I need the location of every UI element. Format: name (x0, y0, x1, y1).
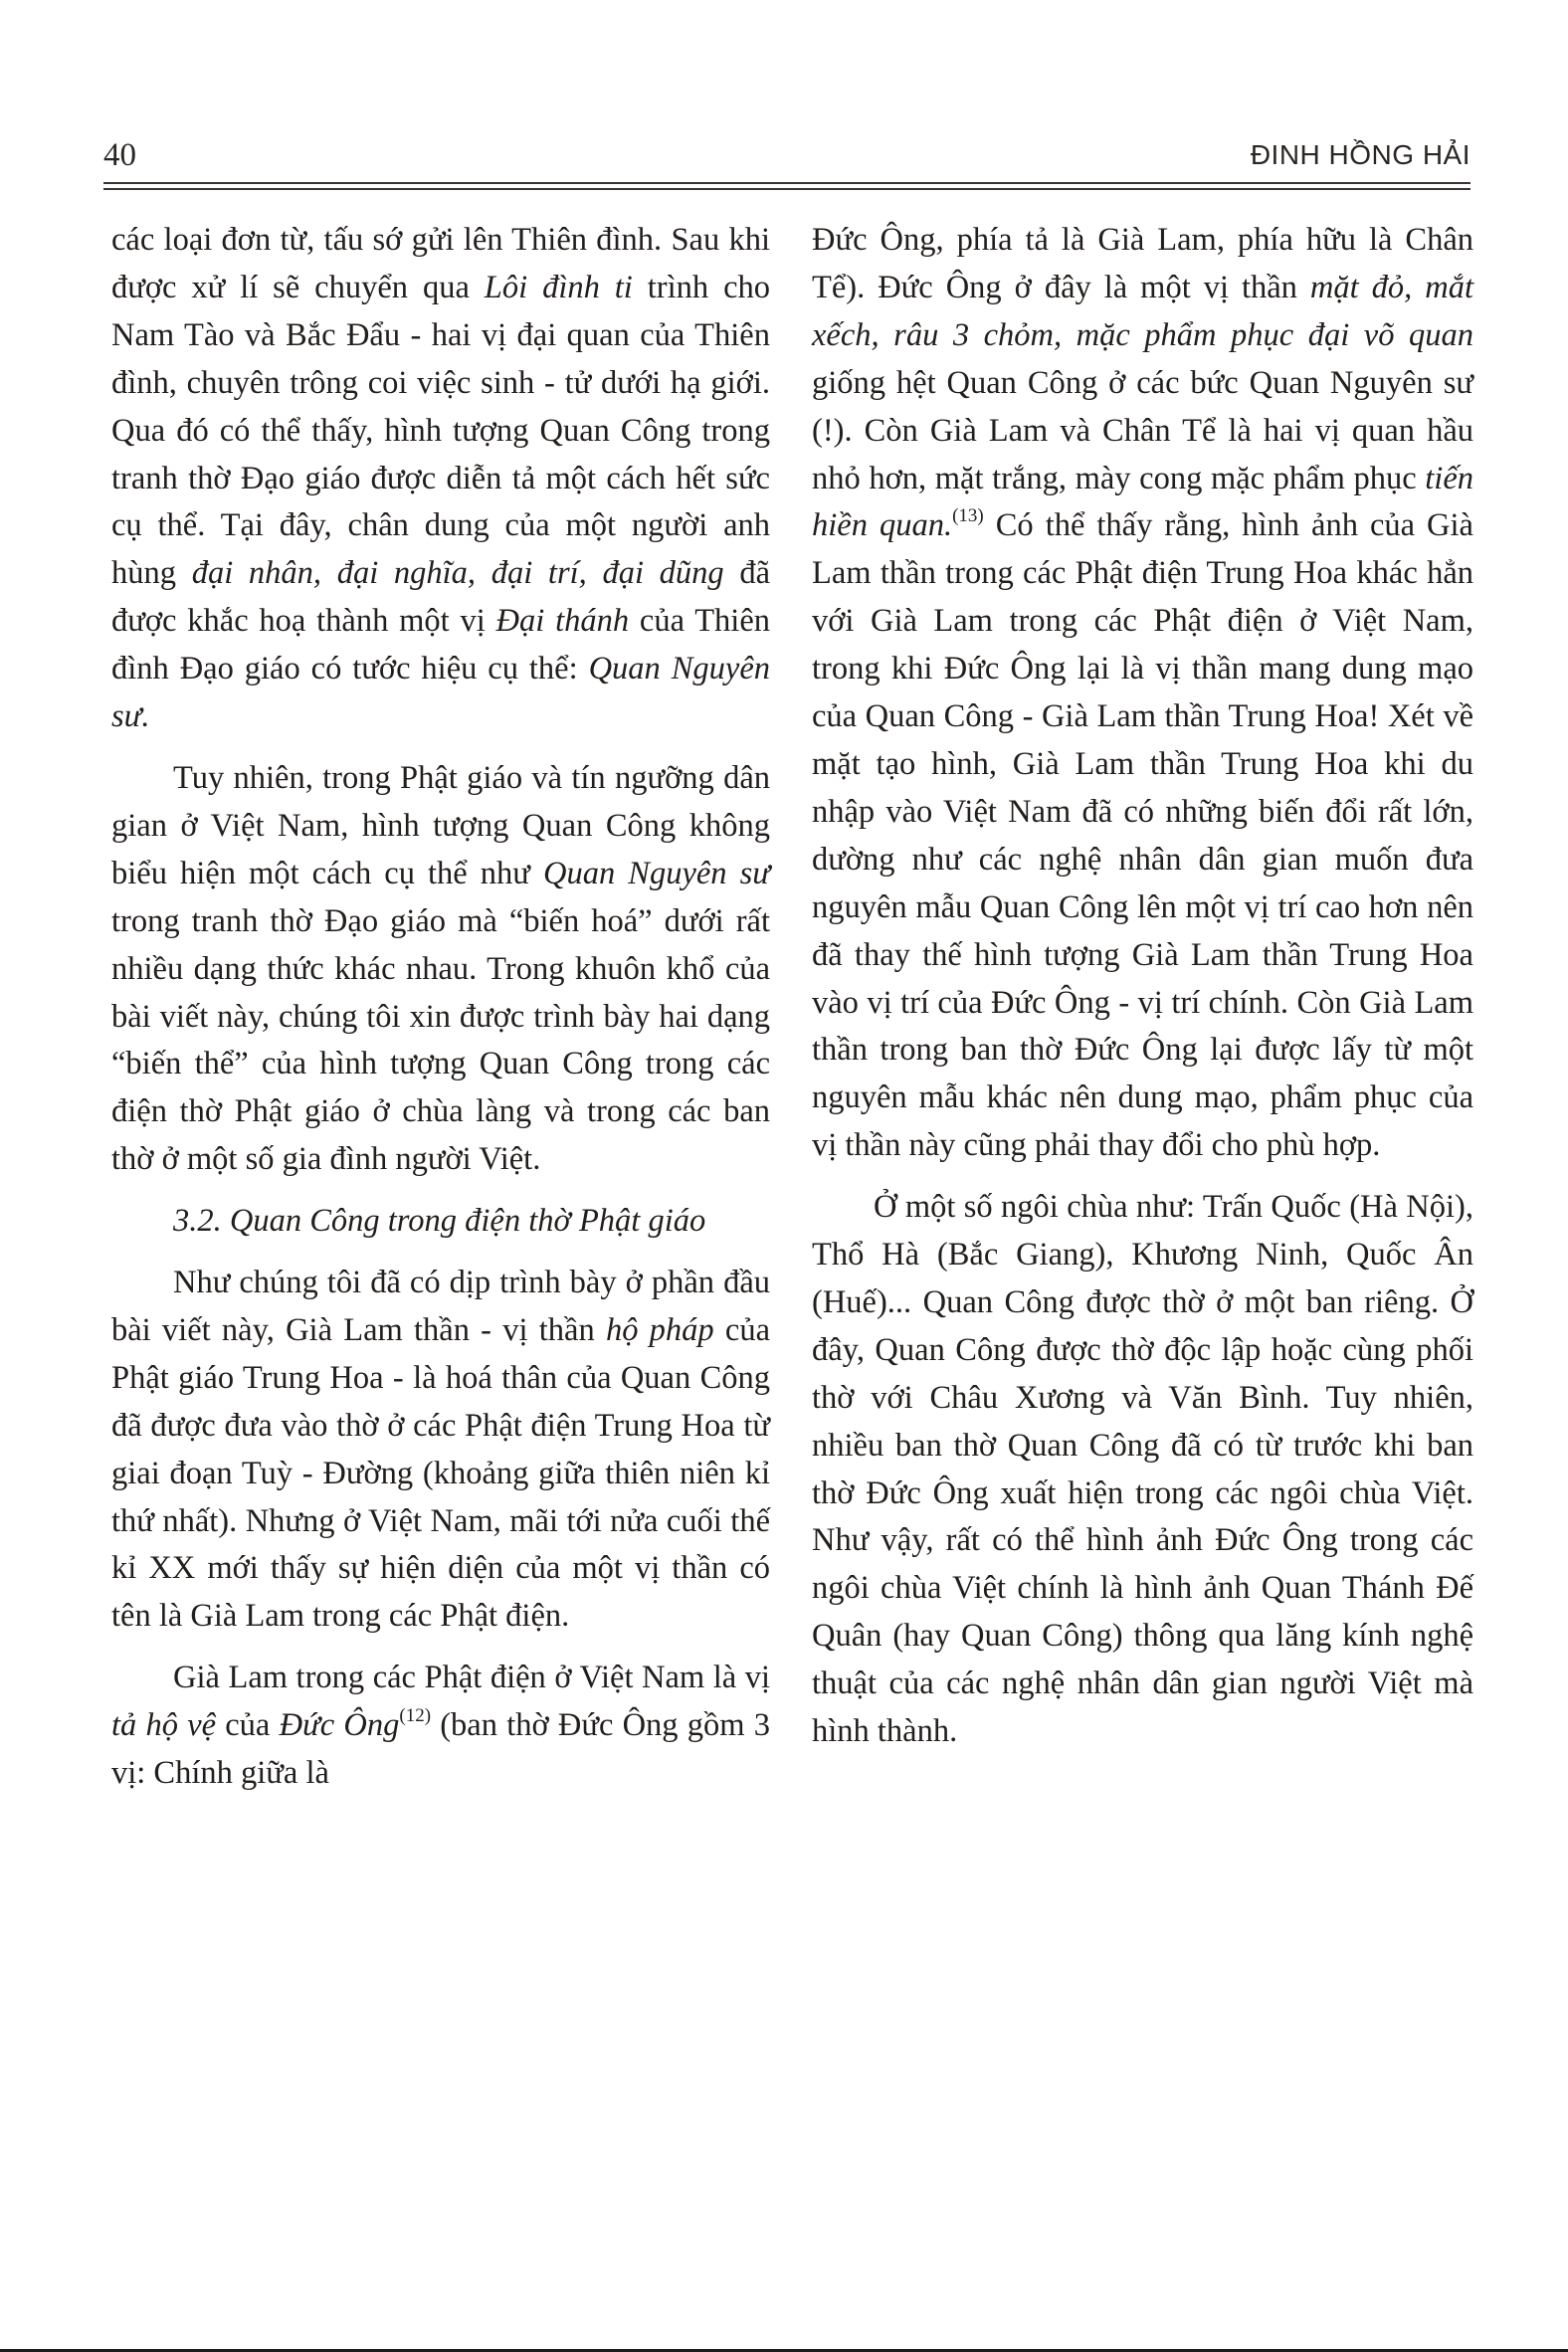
page-number: 40 (103, 135, 136, 175)
text-run: Có thể thấy rằng, hình ảnh của Già Lam t… (812, 507, 1473, 1163)
paragraph: Ở một số ngôi chùa như: Trấn Quốc (Hà Nộ… (812, 1184, 1473, 1756)
italic-term: hộ pháp (606, 1312, 714, 1348)
text-run: Già Lam trong các Phật điện ở Việt Nam l… (173, 1660, 770, 1695)
italic-term: Đại thánh (496, 603, 630, 639)
italic-term: Quan Nguyên sư (543, 856, 770, 891)
left-column: các loại đơn từ, tấu sớ gửi lên Thiên đì… (111, 217, 770, 1798)
header-double-rule (103, 182, 1470, 190)
text-run: trình cho Nam Tào và Bắc Đẩu - hai vị đạ… (111, 270, 770, 591)
text-run: Ở một số ngôi chùa như: Trấn Quốc (Hà Nộ… (812, 1189, 1473, 1749)
paragraph-continued: Đức Ông, phía tả là Già Lam, phía hữu là… (812, 217, 1473, 1170)
paragraph: Già Lam trong các Phật điện ở Việt Nam l… (111, 1655, 770, 1798)
page-header: 40 ĐINH HỒNG HẢI (103, 135, 1470, 185)
paragraph: Như chúng tôi đã có dịp trình bày ở phần… (111, 1260, 770, 1641)
section-subheading: 3.2. Quan Công trong điện thờ Phật giáo (111, 1198, 770, 1246)
italic-term: Lôi đình ti (485, 270, 633, 305)
right-column: Đức Ông, phía tả là Già Lam, phía hữu là… (812, 217, 1473, 1756)
italic-term: đại nhân, đại nghĩa, đại trí, đại dũng (192, 555, 724, 591)
italic-term: Đức Ông (280, 1707, 400, 1743)
running-head-author: ĐINH HỒNG HẢI (1251, 137, 1470, 173)
text-run: trong tranh thờ Đạo giáo mà “biến hoá” d… (111, 903, 770, 1178)
italic-term: tả hộ vệ (111, 1707, 216, 1743)
text-run: giống hệt Quan Công ở các bức Quan Nguyê… (812, 365, 1473, 496)
text-run: của Phật giáo Trung Hoa - là hoá thân củ… (111, 1312, 770, 1634)
footnote-ref[interactable]: (12) (399, 1705, 431, 1726)
paragraph: Tuy nhiên, trong Phật giáo và tín ngưỡng… (111, 755, 770, 1184)
paragraph-continued: các loại đơn từ, tấu sớ gửi lên Thiên đì… (111, 217, 770, 741)
footnote-ref[interactable]: (13) (952, 505, 984, 526)
text-run: của (216, 1707, 280, 1743)
